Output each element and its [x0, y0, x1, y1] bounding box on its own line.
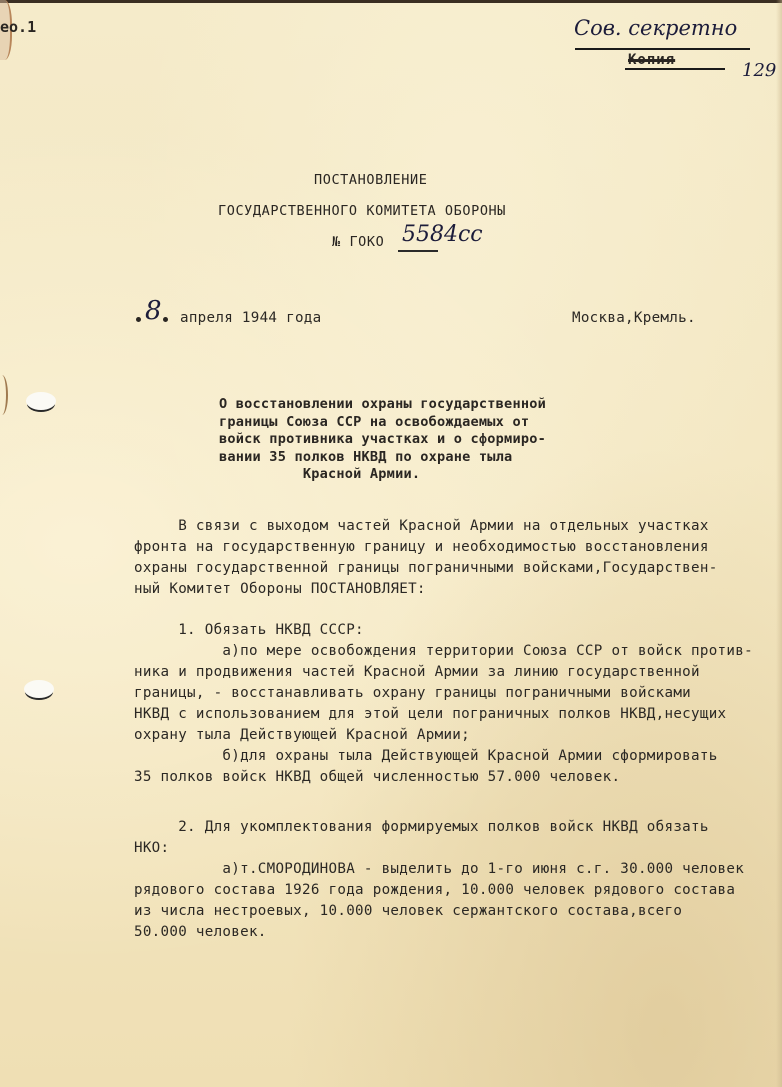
preamble-paragraph: В связи с выходом частей Красной Армии н… — [134, 516, 718, 600]
item-1-line: границы, - восстанавливать охрану границ… — [134, 683, 753, 704]
preamble-line: В связи с выходом частей Красной Армии н… — [134, 516, 718, 537]
item-1-line: 1. Обязать НКВД СССР: — [134, 620, 753, 641]
struck-copy-label: Копия — [628, 52, 675, 68]
gko-number-underline — [398, 250, 438, 252]
item-1-line: а)по мере освобождения территории Союза … — [134, 641, 753, 662]
document-page: ео.1 Сов. секретно Копия 129 ПОСТАНОВЛЕН… — [0, 0, 782, 1087]
item-1: 1. Обязать НКВД СССР: а)по мере освобожд… — [134, 620, 753, 788]
item-1-line: охрану тыла Действующей Красной Армии; — [134, 725, 753, 746]
item-2-line: из числа нестроевых, 10.000 человек серж… — [134, 901, 744, 922]
classification-handwritten: Сов. секретно — [574, 16, 737, 40]
place-text: Москва,Кремль. — [572, 310, 696, 326]
gko-number-handwritten: 5584сс — [402, 222, 483, 247]
gko-number-prefix: № ГОКО — [332, 234, 384, 250]
document-title: ПОСТАНОВЛЕНИЕ — [314, 172, 427, 188]
copy-underline — [625, 68, 725, 70]
item-1-line: НКВД с использованием для этой цели погр… — [134, 704, 753, 725]
item-1-line: 35 полков войск НКВД общей численностью … — [134, 767, 753, 788]
page-marker: ео.1 — [0, 18, 36, 36]
item-2-line: 50.000 человек. — [134, 922, 744, 943]
item-2-line: а)т.СМОРОДИНОВА - выделить до 1-го июня … — [134, 859, 744, 880]
item-2-line: рядового состава 1926 года рождения, 10.… — [134, 880, 744, 901]
punch-hole — [24, 680, 54, 698]
preamble-line: ный Комитет Обороны ПОСТАНОВЛЯЕТ: — [134, 579, 718, 600]
subject-line: войск противника участках и о сформиро- — [219, 431, 546, 449]
preamble-line: фронта на государственную границу и необ… — [134, 537, 718, 558]
preamble-line: охраны государственной границы пограничн… — [134, 558, 718, 579]
date-bullet — [136, 317, 141, 322]
paper-stain — [0, 375, 8, 415]
punch-hole — [26, 392, 56, 410]
item-1-line: ника и продвижения частей Красной Армии … — [134, 662, 753, 683]
item-1-line: б)для охраны тыла Действующей Красной Ар… — [134, 746, 753, 767]
item-2-line: 2. Для укомплектования формируемых полко… — [134, 817, 744, 838]
document-issuer: ГОСУДАРСТВЕННОГО КОМИТЕТА ОБОРОНЫ — [218, 203, 506, 219]
date-bullet — [163, 317, 168, 322]
item-2-line: НКО: — [134, 838, 744, 859]
subject-line: О восстановлении охраны государственной — [219, 396, 546, 414]
item-2: 2. Для укомплектования формируемых полко… — [134, 817, 744, 943]
classification-underline — [575, 48, 750, 50]
page-right-edge — [776, 0, 782, 1087]
subject-line: границы Союза ССР на освобождаемых от — [219, 414, 546, 432]
subject-line: вании 35 полков НКВД по охране тыла — [219, 449, 546, 467]
subject-block: О восстановлении охраны государственной … — [219, 396, 546, 484]
date-text: апреля 1944 года — [180, 310, 321, 326]
page-top-edge — [0, 0, 782, 3]
subject-line: Красной Армии. — [219, 466, 546, 484]
folio-number: 129 — [742, 60, 776, 81]
date-day-handwritten: 8 — [145, 296, 162, 326]
